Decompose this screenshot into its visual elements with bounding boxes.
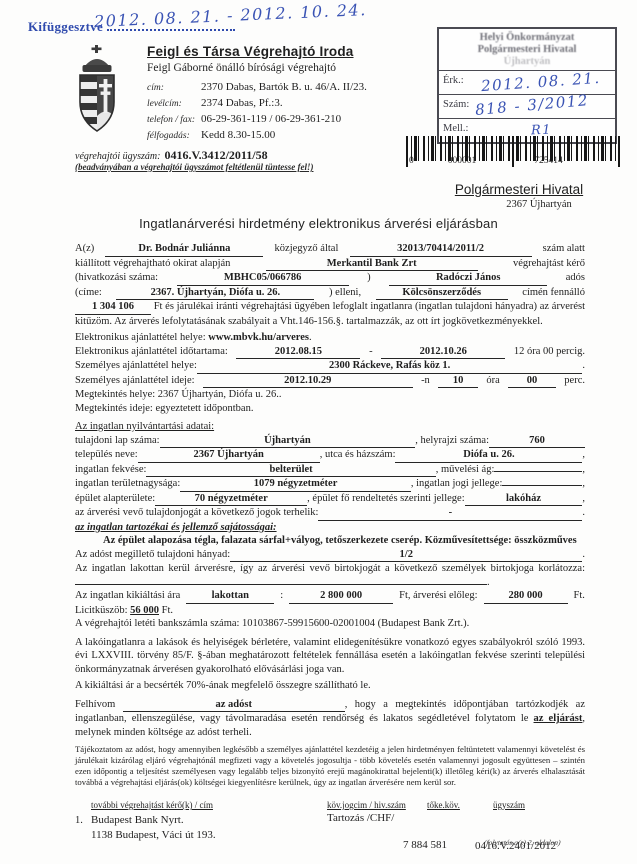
address-label: cím: [147, 80, 201, 96]
p3-procedure-emph: az eljárást [534, 713, 583, 724]
phone-value: 06-29-361-119 / 06-29-361-210 [201, 112, 341, 128]
registry-heading: Az ingatlan nyilvántartási adatai: [75, 420, 585, 434]
title-deed-field: Újhartyán [160, 434, 416, 449]
barcode: 0 000001 725414 [406, 136, 620, 166]
location-type-field: belterület [146, 463, 435, 478]
intro-line1: A(z) Dr. Bodnár Juliánna közjegyző által… [75, 242, 585, 257]
stamp-org-name: Helyi Önkormányzat Polgármesteri Hivatal… [439, 29, 615, 70]
posted-stamp: Kifüggesztve 2012. 08. 21. - 2012. 10. 2… [28, 18, 235, 36]
address-value: 2370 Dabas, Bartók B. u. 46/A. II/23. [201, 80, 367, 96]
hungarian-coat-of-arms-icon [74, 44, 120, 136]
r10-period: . [487, 577, 490, 588]
building-description: Az épület alapozása tégla, falazata sárf… [75, 534, 585, 548]
r1-label2: , helyrajzi száma: [415, 434, 489, 448]
received-label: Érk.: [443, 75, 464, 86]
r9-period: . [582, 548, 585, 562]
office-row-mail: levélcím: 2374 Dabas, Pf.:3. [147, 96, 437, 112]
p-offer-place-label: Személyes ajánlattétel helye: [75, 359, 197, 373]
r11-label2: Ft, árverési előleg: [399, 589, 477, 603]
p-offer-place-line: Személyes ajánlattétel helye: 2300 Rácke… [75, 359, 585, 374]
intro-l5a: Ft és járulékai iránti végrehajtási ügyé… [75, 301, 585, 327]
case-number-note: (beadványában a végrehajtói ügyszámot fe… [75, 162, 313, 172]
intro-l1a: A(z) [75, 242, 94, 256]
claim-title-value: Tartozás /CHF/ [327, 812, 394, 826]
handwritten-number: 818 - 3/2012 [474, 91, 589, 119]
settlement-field: 2367 Újhartyán [138, 448, 320, 463]
creditor-name-field: Merkantil Bank Zrt [266, 257, 478, 272]
reference-number-field: MBHC05/066786 [177, 271, 349, 286]
notary-name-field: Dr. Bodnár Juliánna [105, 242, 263, 257]
p-offer-place-period: . [582, 359, 585, 373]
office-name: Feigl és Társa Végrehajtó Iroda [147, 44, 437, 59]
registry-line5: épület alapterülete: 70 négyzetméter , é… [75, 492, 585, 507]
creditor-name: Budapest Bank Nyrt. [91, 814, 184, 828]
r11-ft: Ft. [574, 589, 585, 603]
continuation-note: (folytatás a(z) 2. oldalon) [483, 838, 561, 847]
posted-label: Kifüggesztve [28, 19, 103, 34]
intro-line3: (hivatkozási száma: MBHC05/066786 ) Radó… [75, 271, 585, 286]
area-field: 1079 négyzetméter [180, 477, 411, 492]
recipient-block: Polgármesteri Hivatal 2367 Újhartyán [420, 182, 618, 210]
recipient-address: 2367 Újhartyán [420, 199, 618, 210]
mail-value: 2374 Dabas, Pf.:3. [201, 96, 283, 112]
r4-label2: , ingatlan jogi jellege: [411, 477, 503, 491]
intro-l3b: ) [367, 271, 371, 285]
intro-l4c: címén fennálló [522, 286, 585, 300]
number-label: Szám: [443, 99, 469, 110]
p-offer-date-field: 2012.10.29 [203, 374, 413, 389]
lot-number-field: 760 [489, 434, 585, 449]
registry-line6: az árverési vevő tulajdonjogát a követke… [75, 506, 585, 521]
case-number-label: végrehajtói ügyszám: [75, 151, 160, 162]
p-offer-min-label: perc. [564, 374, 585, 388]
r11-label: Az ingatlan kikiáltási ára [75, 589, 180, 603]
intro-line4: (címe: 2367. Újhartyán, Diófa u. 26. ) e… [75, 286, 585, 301]
registry-line4: ingatlan területnagysága: 1079 négyzetmé… [75, 477, 585, 492]
encumbrances-field: - [318, 506, 582, 521]
r2-label: település neve: [75, 448, 138, 462]
mail-label: levélcím: [147, 96, 201, 112]
bid-threshold-line: Licitküszöb: 56 000 Ft. [75, 604, 585, 618]
p-offer-hour-label: óra [486, 374, 499, 388]
creditor-item-number: 1. [75, 814, 83, 828]
intro-l1b: közjegyző által [275, 242, 339, 256]
intro-l3c: adós [566, 271, 585, 285]
principal-column-header: tőke.köv. [427, 799, 460, 813]
recipient-name: Polgármesteri Hivatal [420, 182, 618, 197]
r6-period: . [582, 506, 585, 520]
r5-label: épület alapterülete: [75, 492, 155, 506]
principal-amount-value: 7 884 581 [403, 839, 447, 853]
intro-l2b: végrehajtást kérő [513, 257, 585, 271]
intro-l4a: (címe: [75, 286, 102, 300]
stamp-org-line3: Újhartyán [441, 56, 613, 68]
r3-label2: , művelési ág: [436, 463, 495, 477]
e-offer-time-end: 12 óra 00 percig. [514, 345, 585, 359]
starting-price-line: Az ingatlan kikiáltási ára lakottan : 2 … [75, 589, 585, 604]
r5-comma: , [582, 492, 585, 506]
r2-comma: , [582, 448, 585, 462]
debtor-name-field: Radóczi János [389, 271, 547, 286]
e-offer-place-value: www.mbvk.hu/arveres [208, 332, 309, 343]
attachment-label: Mell.: [443, 123, 468, 134]
e-offer-to-field: 2012.10.26 [381, 345, 505, 360]
r12-ft: Ft. [162, 605, 173, 616]
r9-label: Az adóst megillető tulajdoni hányad: [75, 548, 230, 562]
barcode-guard-right [618, 136, 620, 167]
creditor-address: 1138 Budapest, Váci út 193. [91, 829, 216, 843]
deed-number-field: 32013/70414/2011/2 [350, 242, 532, 257]
summoned-party-field: az adóst [123, 698, 345, 713]
document-title: Ingatlanárverési hirdetmény elektronikus… [0, 216, 637, 231]
e-offer-dash: - [369, 345, 373, 359]
office-bailiff-name: Feigl Gáborné önálló bírósági végrehajtó [147, 62, 437, 74]
e-offer-place-label: Elektronikus ajánlattétel helye: [75, 332, 206, 343]
stamp-org-line2: Polgármesteri Hivatal [441, 44, 613, 56]
case-column-header: ügyszám [493, 799, 525, 813]
claims-footer: további végrehajtást kérő(k) / cím 1. Bu… [75, 797, 585, 859]
building-area-field: 70 négyzetméter [155, 492, 307, 507]
phone-label: telefon / fax: [147, 112, 201, 128]
barcode-guard-center [512, 136, 514, 167]
intro-tail-paragraph: 1 304 106 Ft és járulékai iránti végreha… [75, 300, 585, 328]
preemption-paragraph: A lakóingatlanra a lakások és helyiségek… [75, 636, 585, 677]
office-row-hours: félfogadás: Kedd 8.30-15.00 [147, 128, 437, 144]
p-offer-time-label: Személyes ajánlattétel ideje: [75, 374, 195, 388]
r6-label: az árverési vevő tulajdonjogát a követke… [75, 506, 318, 520]
municipality-receipt-stamp: Helyi Önkormányzat Polgármesteri Hivatal… [437, 27, 617, 144]
r10-text: Az ingatlan lakottan kerül árverésre, íg… [75, 563, 585, 574]
further-creditors-header: további végrehajtást kérő(k) / cím [91, 799, 213, 813]
intro-l4b: ) elleni, [329, 286, 361, 300]
bid-threshold-value: 56 000 [130, 605, 159, 616]
starting-price-field: 2 800 000 [289, 589, 393, 604]
price-reduction-line: A kikiáltási ár a becsérték 70%-ának meg… [75, 679, 585, 693]
r4-comma: , [582, 477, 585, 491]
office-row-address: cím: 2370 Dabas, Bartók B. u. 46/A. II/2… [147, 80, 437, 96]
e-offer-from-field: 2012.08.15 [236, 345, 360, 360]
intro-l3a: (hivatkozási száma: [75, 271, 158, 285]
building-purpose-field: lakóház [465, 492, 583, 507]
r1-label: tulajdoni lap száma: [75, 434, 160, 448]
accessories-heading: az ingatlan tartozékai és jellemző saját… [75, 521, 585, 535]
p-offer-n: -n [421, 374, 430, 388]
r12-label: Licitküszöb: [75, 605, 128, 616]
intro-l1c: szám alatt [543, 242, 585, 256]
r5-label2: , épület fő rendeltetés szerinti jellege… [307, 492, 464, 506]
occupied-auction-paragraph: Az ingatlan lakottan kerül árverésre, íg… [75, 562, 585, 589]
stamp-row-number: Szám: 818 - 3/2012 [439, 94, 615, 118]
r2-label2: , utca és házszám: [320, 448, 396, 462]
registry-line1: tulajdoni lap száma: Újhartyán , helyraj… [75, 434, 585, 449]
ownership-share-field: 1/2 [230, 548, 582, 563]
r11-colon: : [280, 589, 283, 603]
stamp-row-received: Érk.: 2012. 08. 21. [439, 70, 615, 94]
barcode-bars [406, 136, 620, 161]
claim-amount-field: 1 304 106 [75, 300, 151, 315]
legal-character-field [502, 485, 582, 486]
p3-start: Felhívom [75, 699, 115, 710]
intro-l2a: kiállított végrehajtható okirat alapján [75, 257, 230, 271]
registry-line3: ingatlan fekvése: belterület , művelési … [75, 463, 585, 478]
p-offer-hour-field: 10 [438, 374, 478, 389]
scanned-auction-notice-page: Kifüggesztve 2012. 08. 21. - 2012. 10. 2… [0, 0, 637, 864]
r3-comma: , [582, 463, 585, 477]
debtor-summons-paragraph: Felhívom az adóst, hogy a megtekintés id… [75, 698, 585, 740]
claim-title-field: Kölcsönszerződés [376, 286, 508, 301]
barcode-guard-left [406, 136, 408, 167]
p-offer-place-field: 2300 Ráckeve, Rafás köz 1. [197, 359, 583, 374]
occupancy-field: lakottan [186, 589, 274, 604]
p-offer-min-field: 00 [508, 374, 556, 389]
r3-label: ingatlan fekvése: [75, 463, 146, 477]
stamp-org-line1: Helyi Önkormányzat [441, 32, 613, 44]
bailiff-office-header: Feigl és Társa Végrehajtó Iroda Feigl Gá… [147, 44, 437, 144]
registry-line2: település neve: 2367 Újhartyán , utca és… [75, 448, 585, 463]
cultivation-field [494, 471, 582, 472]
viewing-place-line: Megtekintés helye: 2367 Újhartyán, Diófa… [75, 388, 585, 402]
information-small-print: Tájékoztatom az adóst, hogy amennyiben l… [75, 744, 585, 788]
deposit-account-line: A végrehajtói letéti bankszámla száma: 1… [75, 617, 585, 631]
street-field: Diófa u. 26. [395, 448, 582, 463]
hours-value: Kedd 8.30-15.00 [201, 128, 275, 144]
hours-label: félfogadás: [147, 128, 201, 144]
p-offer-time-line: Személyes ajánlattétel ideje: 2012.10.29… [75, 374, 585, 389]
e-offer-place-line: Elektronikus ajánlattétel helye: www.mbv… [75, 331, 585, 345]
intro-line2: kiállított végrehajtható okirat alapján … [75, 257, 585, 272]
e-offer-time-label: Elektronikus ajánlattétel időtartama: [75, 345, 228, 359]
case-number-value: 0416.V.3412/2011/58 [164, 148, 267, 162]
claim-title-column-header: köv.jogcim / hiv.szám [327, 799, 406, 813]
deposit-field: 280 000 [484, 589, 568, 604]
e-offer-time-line: Elektronikus ajánlattétel időtartama: 20… [75, 345, 585, 360]
office-row-phone: telefon / fax: 06-29-361-119 / 06-29-361… [147, 112, 437, 128]
e-offer-place-period: . [309, 332, 312, 343]
viewing-time-line: Megtekintés ideje: egyeztetett időpontba… [75, 402, 585, 416]
ownership-share-line: Az adóst megillető tulajdoni hányad: 1/2… [75, 548, 585, 563]
possession-limit-field [75, 584, 487, 585]
document-body: A(z) Dr. Bodnár Juliánna közjegyző által… [75, 242, 585, 859]
r4-label: ingatlan területnagysága: [75, 477, 180, 491]
debtor-address-field: 2367. Újhartyán, Diófa u. 26. [116, 286, 314, 301]
office-contact-rows: cím: 2370 Dabas, Bartók B. u. 46/A. II/2… [147, 80, 437, 144]
